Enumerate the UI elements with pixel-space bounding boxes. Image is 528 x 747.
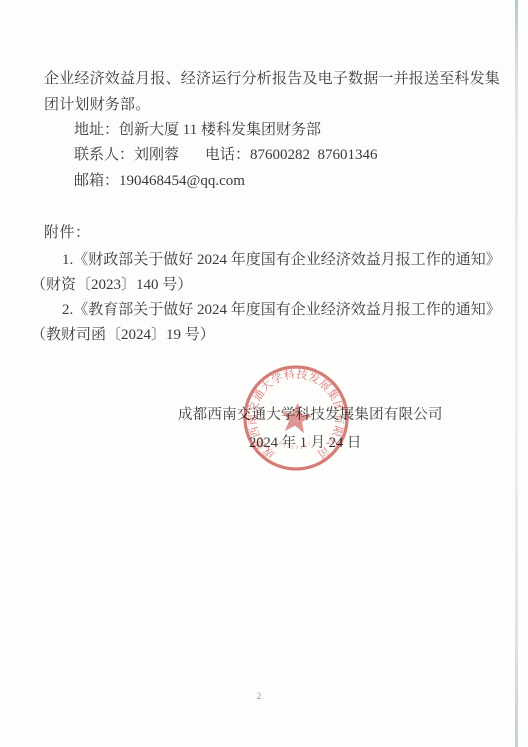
attachment-title-line: 1.《财政部关于做好 2024 年度国有企业经济效益月报工作的通知》 [62,248,528,273]
contact-block: 地址：创新大厦 11 楼科发集团财务部 联系人：刘刚蓉电话：87600282 8… [74,118,378,194]
document-page: 企业经济效益月报、经济运行分析报告及电子数据一并报送至科发集 团计划财务部。 地… [0,0,528,747]
body-line: 团计划财务部。 [44,92,500,118]
svg-text:04553107: 04553107 [278,440,314,451]
contact-person: 联系人：刘刚蓉 [74,147,179,163]
attachment-refno-line: （财资〔2023〕140 号） [31,273,528,298]
address-line: 地址：创新大厦 11 楼科发集团财务部 [74,118,378,143]
attachments-heading: 附件： [44,221,91,246]
scan-edge-artifact [515,0,518,747]
seal-star [279,401,314,434]
body-paragraph: 企业经济效益月报、经济运行分析报告及电子数据一并报送至科发集 团计划财务部。 [44,66,500,118]
attachments-list: 1.《财政部关于做好 2024 年度国有企业经济效益月报工作的通知》 （财资〔2… [0,248,528,348]
contact-phone: 电话：87600282 87601346 [205,147,378,163]
official-seal: 成都西南交通大学科技发展集团有限公司 04553107 [236,358,356,478]
contact-phone-line: 联系人：刘刚蓉电话：87600282 87601346 [74,143,378,168]
page-number: 2 [248,691,270,701]
seal-serial-number: 04553107 [278,440,314,451]
attachment-refno-line: （教财司函〔2024〕19 号） [31,323,528,348]
email-line: 邮箱：190468454@qq.com [74,169,378,194]
seal-graphic: 成都西南交通大学科技发展集团有限公司 04553107 [236,358,356,478]
body-line: 企业经济效益月报、经济运行分析报告及电子数据一并报送至科发集 [44,66,500,92]
attachment-title-line: 2.《教育部关于做好 2024 年度国有企业经济效益月报工作的通知》 [62,298,528,323]
